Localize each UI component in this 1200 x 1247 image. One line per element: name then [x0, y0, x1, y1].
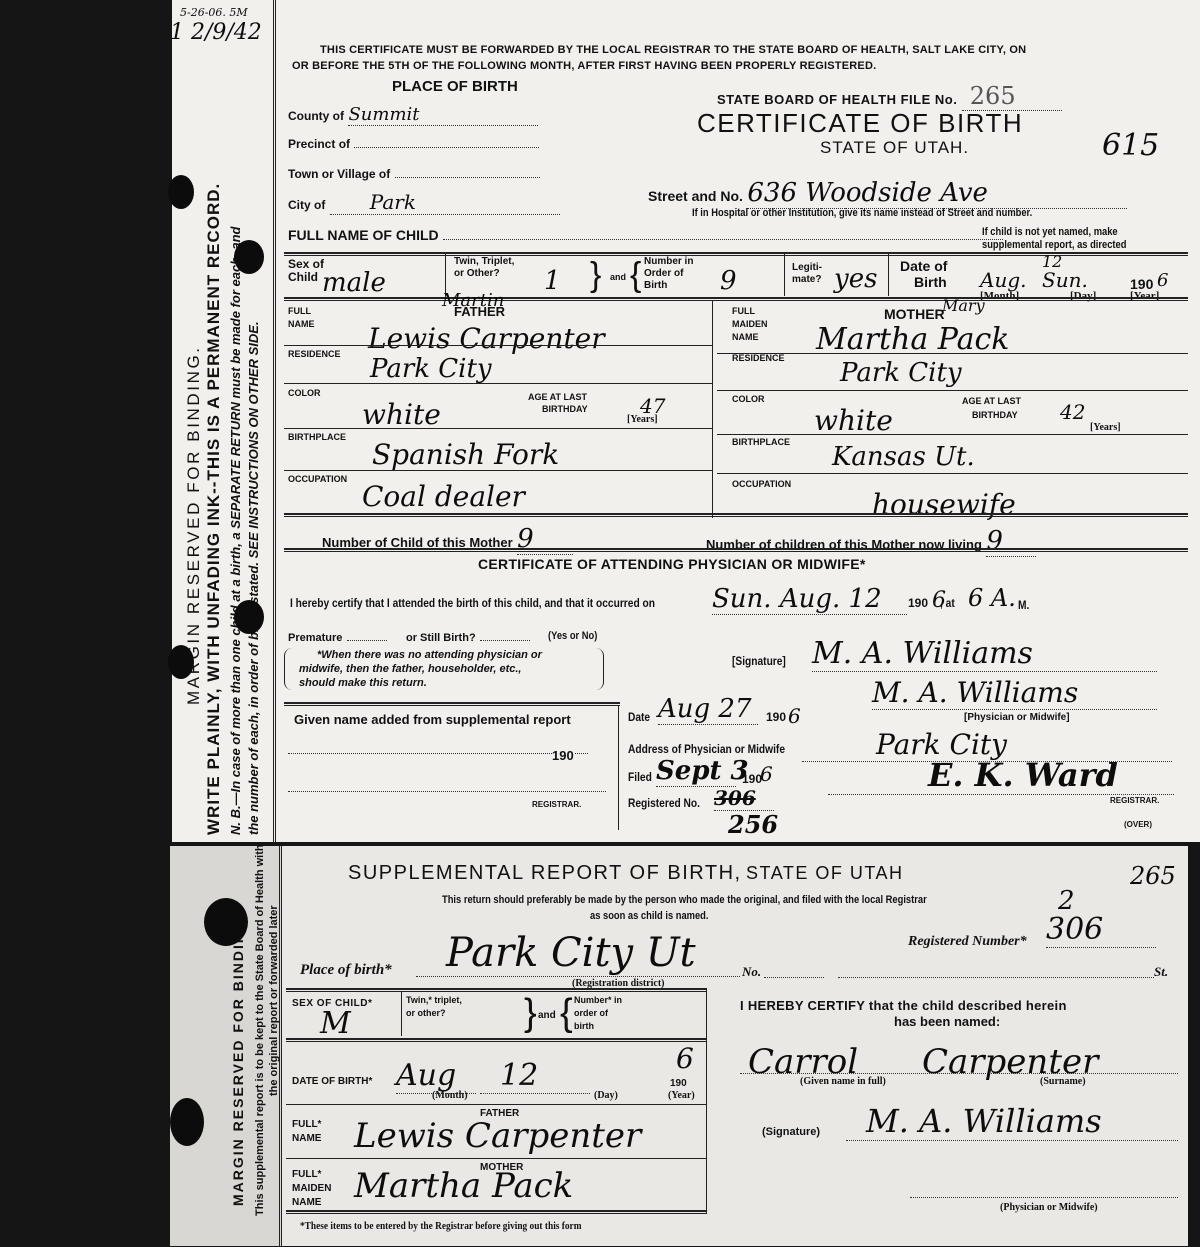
file-number-value: 265: [962, 82, 1062, 111]
punch-hole: [234, 240, 264, 274]
supp-annotation: 265: [1130, 862, 1176, 890]
nb-note-line1: N. B.—In case of more than one child at …: [228, 227, 243, 835]
supp-physician-line[interactable]: [910, 1196, 1178, 1198]
given-name-supp-field[interactable]: [288, 740, 588, 754]
supp-street-no[interactable]: [764, 966, 824, 978]
still-birth-field[interactable]: or Still Birth?: [406, 628, 530, 646]
child-name-note-1: If child is not yet named, make: [982, 226, 1118, 238]
supp-place-of-birth[interactable]: Park City Ut: [416, 930, 740, 977]
father-name-annotation: Martin: [442, 290, 504, 311]
punch-hole: [204, 898, 248, 946]
write-plainly-text: WRITE PLAINLY, WITH UNFADING INK--THIS I…: [204, 183, 224, 835]
form-code: 5-26-06. 5M: [180, 6, 248, 19]
filed-date-value[interactable]: Sept 3: [656, 756, 736, 787]
supp-dob-day[interactable]: 12: [480, 1058, 590, 1094]
supp-street[interactable]: [838, 966, 1154, 978]
supp-registrar-field[interactable]: [288, 780, 606, 792]
child-name-field[interactable]: FULL NAME OF CHILD: [288, 226, 1003, 245]
father-color-value[interactable]: white: [362, 398, 441, 431]
supplemental-report: MARGIN RESERVED FOR BINDING This supplem…: [170, 846, 1188, 1246]
registrar-signature[interactable]: E. K. Ward: [828, 756, 1174, 795]
mother-residence-value[interactable]: Park City: [840, 358, 962, 388]
nb-note-line2: the number of each, in order of birth, s…: [246, 321, 261, 835]
county-field[interactable]: County of Summit: [288, 104, 538, 126]
physician-signature-2: M. A. Williams: [872, 676, 1157, 710]
street-value: 636 Woodside Ave: [747, 178, 1127, 209]
living-children-field[interactable]: Number of children of this Mother now li…: [706, 526, 1036, 557]
premature-field[interactable]: Premature: [288, 628, 387, 646]
supp-father-name[interactable]: Lewis Carpenter: [354, 1116, 641, 1156]
supp-mother-name[interactable]: Martha Pack: [354, 1166, 573, 1206]
child-name-note-2: supplemental report, as directed: [982, 239, 1126, 251]
punch-hole: [234, 600, 264, 634]
legitimate-value[interactable]: yes: [834, 264, 877, 294]
binding-margin: MARGIN RESERVED FOR BINDING. WRITE PLAIN…: [172, 0, 276, 842]
header-notice-line2: OR BEFORE THE 5TH OF THE FOLLOWING MONTH…: [292, 60, 876, 72]
father-residence-value[interactable]: Park City: [370, 354, 492, 384]
supp-title: SUPPLEMENTAL REPORT OF BIRTH, STATE OF U…: [348, 862, 904, 885]
town-field[interactable]: Town or Village of: [288, 164, 540, 183]
supp-signature[interactable]: M. A. Williams: [846, 1102, 1178, 1141]
punch-hole: [168, 645, 194, 679]
supp-binding-margin: MARGIN RESERVED FOR BINDING This supplem…: [170, 846, 282, 1246]
physician-footnote: *When there was no attending physician o…: [284, 648, 604, 690]
margin-annotation: 1 2/9/42: [170, 20, 262, 45]
city-value: Park: [330, 190, 560, 215]
certificate-of-birth: MARGIN RESERVED FOR BINDING. WRITE PLAIN…: [172, 0, 1200, 842]
precinct-field[interactable]: Precinct of: [288, 134, 539, 153]
punch-hole: [168, 175, 194, 209]
mother-age-value[interactable]: 42: [1060, 400, 1085, 424]
dob-day-note: Sun.: [1042, 268, 1088, 292]
birth-time-value[interactable]: 6 A.: [968, 584, 1016, 612]
mother-name-annotation: Mary: [942, 296, 985, 315]
mother-color-value[interactable]: white: [814, 404, 893, 437]
city-field[interactable]: City of Park: [288, 190, 560, 215]
annotation-615: 615: [1102, 128, 1159, 163]
supp-sex-value[interactable]: M: [320, 1006, 351, 1041]
certificate-subtitle: STATE OF UTAH.: [820, 138, 969, 158]
living-children-value: 9: [986, 526, 1036, 557]
street-field[interactable]: Street and No. 636 Woodside Ave: [648, 178, 1127, 209]
dob-year[interactable]: 6: [1157, 270, 1168, 291]
place-of-birth-heading: PLACE OF BIRTH: [392, 78, 518, 95]
header-notice-line1: THIS CERTIFICATE MUST BE FORWARDED BY TH…: [320, 44, 1026, 56]
supp-dob-month[interactable]: Aug: [396, 1058, 476, 1094]
father-occupation-value[interactable]: Coal dealer: [362, 480, 525, 513]
birth-order-value[interactable]: 9: [720, 266, 737, 296]
street-note: If in Hospital or other Institution, giv…: [692, 207, 1032, 219]
mother-name-value[interactable]: Martha Pack: [816, 322, 1009, 357]
physician-signature[interactable]: M. A. Williams: [812, 636, 1157, 672]
sex-value[interactable]: male: [322, 268, 386, 298]
supp-registered-number[interactable]: 306: [1046, 912, 1156, 948]
supp-dob-year[interactable]: 6: [676, 1042, 694, 1075]
father-birthplace-value[interactable]: Spanish Fork: [372, 438, 559, 471]
twin-value[interactable]: 1: [544, 266, 561, 296]
county-value: Summit: [348, 104, 538, 126]
registered-number-value[interactable]: 256: [728, 810, 778, 839]
mother-birthplace-value[interactable]: Kansas Ut.: [832, 442, 975, 472]
certificate-title: CERTIFICATE OF BIRTH: [697, 108, 1023, 139]
dob-month[interactable]: Aug.: [980, 268, 1026, 292]
physician-date-value[interactable]: Aug 27: [658, 694, 758, 725]
birth-occurred-value[interactable]: Sun. Aug. 12: [712, 584, 907, 615]
registered-number-struck: 306: [714, 786, 774, 811]
father-name-value[interactable]: Lewis Carpenter: [368, 322, 605, 355]
physician-heading: CERTIFICATE OF ATTENDING PHYSICIAN OR MI…: [478, 556, 866, 572]
punch-hole: [170, 1098, 204, 1146]
file-number: STATE BOARD OF HEALTH FILE No. 265: [717, 82, 1062, 111]
